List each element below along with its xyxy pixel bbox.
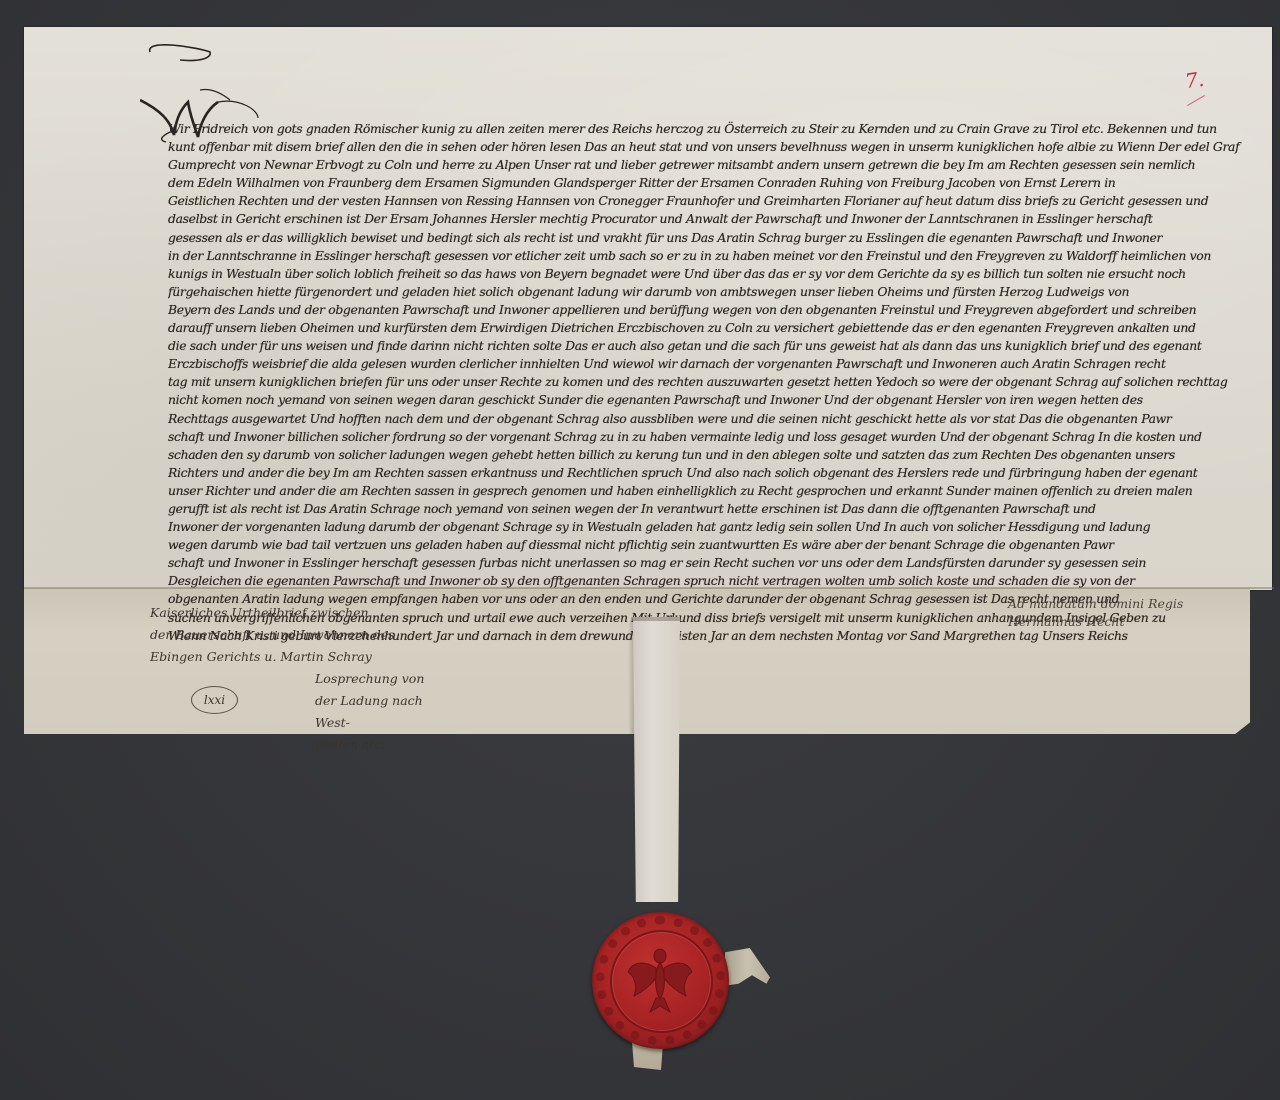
text-line: fürgehaischen hiette fürgenordert und ge… — [168, 283, 1248, 301]
text-line: gesessen als er das willigklich bewiset … — [168, 229, 1248, 247]
text-line: kunt offenbar mit disem brief allen den … — [168, 138, 1248, 156]
archival-note: Kaiserliches Urtheilbrief zwischen der B… — [150, 602, 450, 756]
archival-note-line: der Bauerschaft u. und Inwohnern des — [150, 624, 450, 646]
charter-main-text: Wir Fridreich von gots gnaden Römischer … — [168, 120, 1248, 645]
text-line: Erczbischoffs weisbrief die alda gelesen… — [168, 355, 1248, 373]
text-line: schaden den sy darumb von solicher ladun… — [168, 446, 1248, 464]
text-line: unser Richter und ander die am Rechten s… — [168, 482, 1248, 500]
tag-end-right — [725, 948, 770, 990]
chancery-note: Ad mandatum domini Regis Hermannus Hecht — [1008, 595, 1183, 631]
text-line: darauff unsern lieben Oheimen und kurfür… — [168, 319, 1248, 337]
text-line: in der Lanntschranne in Esslinger hersch… — [168, 247, 1248, 265]
tag-slot — [631, 617, 680, 621]
eagle-icon — [624, 942, 696, 1020]
archival-note-line: Losprechung von — [150, 668, 450, 690]
chancery-note-line: Ad mandatum domini Regis — [1008, 595, 1183, 613]
archival-note-line: Ebingen Gerichts u. Martin Schray — [150, 646, 450, 668]
wax-seal — [592, 912, 729, 1049]
text-line: kunigs in Westualn über solich loblich f… — [168, 265, 1248, 283]
archival-note-line: phalen etc. — [150, 734, 450, 756]
text-line: dem Edeln Wilhalmen von Fraunberg dem Er… — [168, 174, 1248, 192]
text-line: Richters und ander die bey Im am Rechten… — [168, 464, 1248, 482]
text-line: Gumprecht von Newnar Erbvogt zu Coln und… — [168, 156, 1248, 174]
archive-number: 7. — [1183, 67, 1205, 93]
tag-shadow — [628, 621, 634, 736]
text-line: Desgleichen die egenanten Pawrschaft und… — [168, 572, 1248, 590]
text-line: schaft und Inwoner billichen solicher fo… — [168, 428, 1248, 446]
text-line: Geistlichen Rechten und der vesten Hanns… — [168, 192, 1248, 210]
shelf-mark: lxxi — [191, 686, 238, 714]
text-line: Beyern des Lands und der obgenanten Pawr… — [168, 301, 1248, 319]
text-line: gerufft ist als recht ist Das Aratin Sch… — [168, 500, 1248, 518]
archival-note-line: Kaiserliches Urtheilbrief zwischen — [150, 602, 450, 624]
text-line: Rechttags ausgewartet Und hofften nach d… — [168, 410, 1248, 428]
text-line: schaft und Inwoner in Esslinger herschaf… — [168, 554, 1248, 572]
text-line: daselbst in Gericht erschinen ist Der Er… — [168, 210, 1248, 228]
text-line: die sach under für uns weisen und finde … — [168, 337, 1248, 355]
text-line: wegen darumb wie bad tail vertzuen uns g… — [168, 536, 1248, 554]
text-line: Inwoner der vorgenanten ladung darumb de… — [168, 518, 1248, 536]
text-line: nicht komen noch yemand von seinen wegen… — [168, 391, 1248, 409]
chancery-note-line: Hermannus Hecht — [1008, 613, 1183, 631]
parchment-seal-tag — [633, 617, 680, 902]
text-line: tag mit unsern kunigklichen briefen für … — [168, 373, 1248, 391]
text-line: Wir Fridreich von gots gnaden Römischer … — [168, 120, 1248, 138]
